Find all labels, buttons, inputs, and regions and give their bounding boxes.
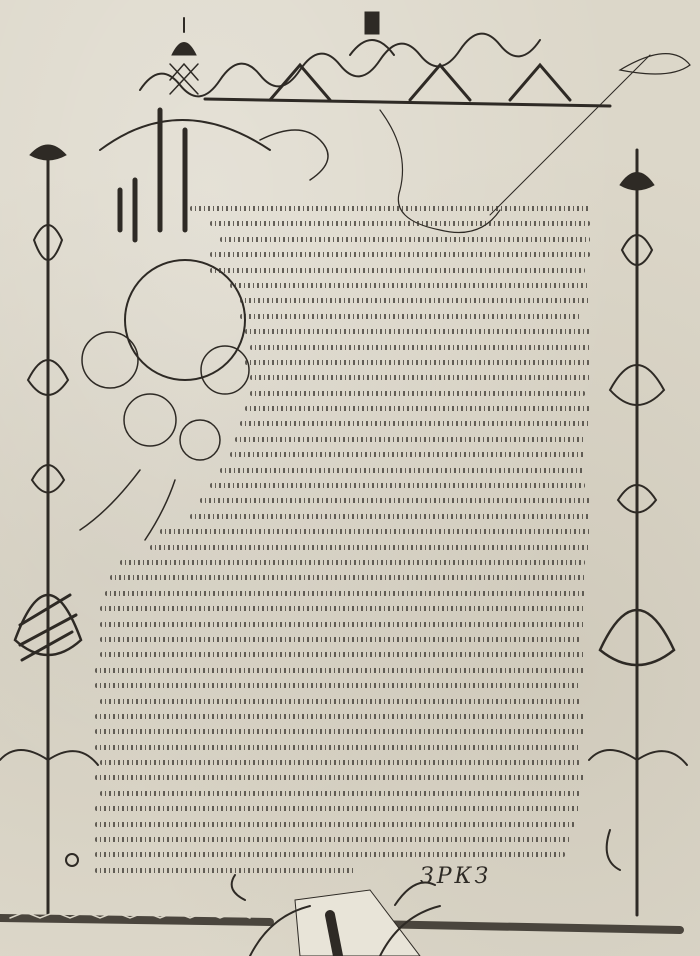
text-line bbox=[150, 754, 590, 769]
text-line bbox=[150, 831, 590, 846]
text-line bbox=[150, 539, 590, 554]
text-line bbox=[150, 862, 590, 877]
text-line bbox=[150, 262, 590, 277]
text-line bbox=[150, 600, 590, 615]
text-line bbox=[150, 200, 590, 215]
left-floral-column bbox=[0, 145, 98, 915]
text-line bbox=[150, 415, 590, 430]
text-line bbox=[150, 246, 590, 261]
text-line bbox=[150, 431, 590, 446]
text-line bbox=[150, 800, 590, 815]
text-line bbox=[150, 215, 590, 230]
text-line bbox=[150, 277, 590, 292]
text-line bbox=[150, 462, 590, 477]
crown-center-icon bbox=[350, 12, 394, 55]
text-line bbox=[150, 492, 590, 507]
text-line bbox=[150, 385, 590, 400]
seal-ribbon bbox=[232, 875, 440, 956]
text-line bbox=[150, 292, 590, 307]
text-line bbox=[150, 339, 590, 354]
text-line bbox=[150, 769, 590, 784]
text-line bbox=[150, 369, 590, 384]
manuscript-text bbox=[150, 200, 590, 877]
manuscript-sheet: ЗРКЗ Cyrillic cursive (skoropis) bbox=[0, 0, 700, 956]
text-line bbox=[150, 400, 590, 415]
text-line bbox=[150, 631, 590, 646]
text-line bbox=[150, 739, 590, 754]
date-signature: ЗРКЗ bbox=[420, 864, 491, 889]
text-line bbox=[150, 446, 590, 461]
text-line bbox=[150, 554, 590, 569]
text-line bbox=[150, 585, 590, 600]
text-line bbox=[150, 231, 590, 246]
crown-left-icon bbox=[170, 18, 198, 94]
top-frieze bbox=[140, 34, 610, 106]
text-line bbox=[150, 308, 590, 323]
text-line bbox=[150, 846, 590, 861]
text-line bbox=[150, 662, 590, 677]
text-line bbox=[150, 677, 590, 692]
text-line bbox=[150, 816, 590, 831]
text-line bbox=[150, 785, 590, 800]
text-line bbox=[150, 723, 590, 738]
text-line bbox=[150, 523, 590, 538]
text-line bbox=[150, 708, 590, 723]
right-floral-column bbox=[589, 150, 687, 915]
text-line bbox=[150, 569, 590, 584]
text-line bbox=[150, 323, 590, 338]
text-line bbox=[150, 354, 590, 369]
text-line bbox=[150, 477, 590, 492]
text-line bbox=[150, 616, 590, 631]
text-line bbox=[150, 508, 590, 523]
text-line bbox=[150, 646, 590, 661]
text-line bbox=[150, 693, 590, 708]
